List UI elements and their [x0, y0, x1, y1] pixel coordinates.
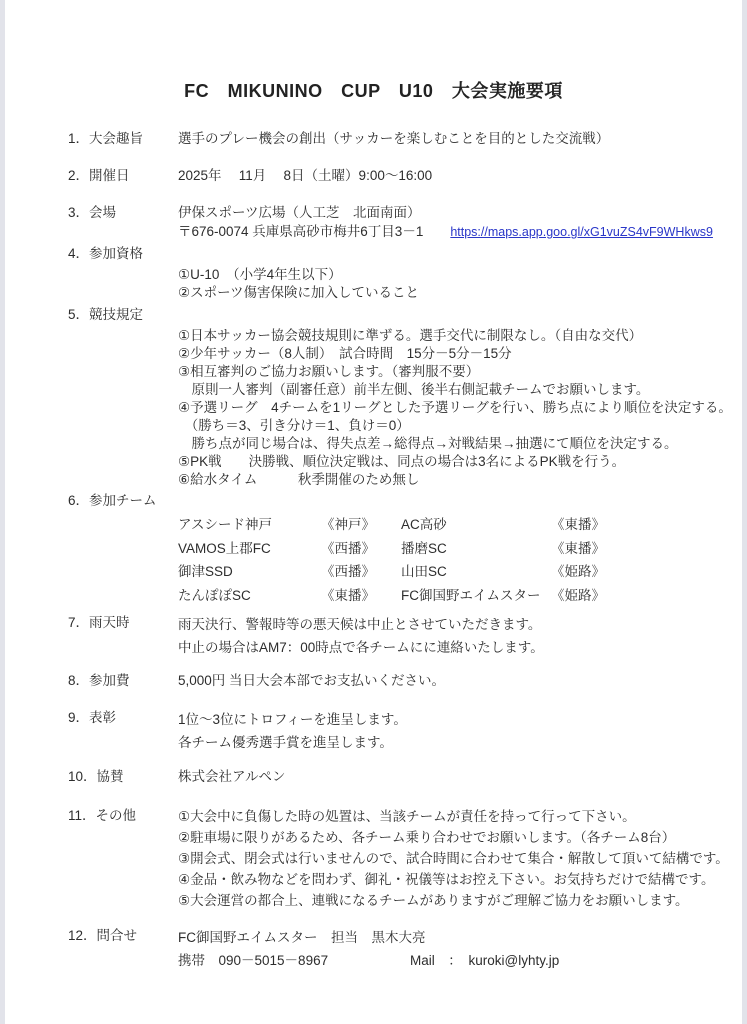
rule-item: 勝ち点が同じ場合は、得失点差→総得点→対戦結果→抽選にて順位を決定する。 — [178, 435, 714, 453]
photo-edge-right — [742, 0, 747, 1024]
contact-person: FC御国野エイムスター 担当 黒木大亮 — [178, 926, 714, 949]
rule-item: ⑤PK戦 決勝戦、順位決定戦は、同点の場合は3名によるPK戦を行う。 — [178, 453, 714, 471]
team-name: AC高砂 — [401, 513, 551, 537]
team-name: 山田SC — [401, 560, 551, 584]
section-rainy-day: 7．雨天時 雨天決行、警報時等の悪天候は中止とさせていただきます。 中止の場合は… — [68, 613, 714, 659]
note-item: ③開会式、閉会式は行いませんので、試合時間に合わせて集合・解散して頂いて結構です… — [178, 848, 714, 869]
note-item: ②駐車場に限りがあるため、各チーム乗り合わせでお願いします。（各チーム8台） — [178, 827, 714, 848]
team-region: 《神戸》 — [321, 513, 401, 537]
section-text-line: 雨天決行、警報時等の悪天候は中止とさせていただきます。 — [178, 613, 714, 636]
team-name: 播磨SC — [401, 537, 551, 561]
team-name: 御津SSD — [178, 560, 321, 584]
team-name: VAMOS上郡FC — [178, 537, 321, 561]
document-photo: FC MIKUNINO CUP U10 大会実施要項 1．大会趣旨 選手のプレー… — [0, 0, 747, 1024]
eligibility-item: ①U-10 （小学4年生以下） — [178, 266, 714, 284]
page-title: FC MIKUNINO CUP U10 大会実施要項 — [5, 77, 742, 103]
venue-address: 〒676-0074 兵庫県高砂市梅井6丁目3－1 — [178, 222, 423, 241]
section-label: 8．参加費 — [68, 671, 178, 690]
team-table: アスシード神戸 《神戸》 AC高砂 《東播》 VAMOS上郡FC 《西播》 播磨… — [178, 513, 714, 607]
contact-email: Mail ： kuroki@lyhty.jp — [410, 949, 559, 972]
section-rules: 5．競技規定 ①日本サッカー協会競技規則に準ずる。選手交代に制限なし。（自由な交… — [68, 305, 714, 489]
rule-item: ⑥給水タイム 秋季開催のため無し — [178, 471, 714, 489]
rule-item: ②少年サッカー（8人制） 試合時間 15分－5分－15分 — [178, 345, 714, 363]
team-region: 《東播》 — [551, 537, 714, 561]
note-item: ④金品・飲み物などを問わず、御礼・祝儀等はお控え下さい。お気持ちだけで結構です。 — [178, 869, 714, 890]
rule-item: 原則一人審判（副審任意）前半左側、後半右側記載チームでお願いします。 — [178, 381, 714, 399]
section-label: 5．競技規定 — [68, 305, 178, 324]
team-name: アスシード神戸 — [178, 513, 321, 537]
team-region: 《姫路》 — [551, 584, 714, 608]
section-text-line: 中止の場合はAM7：00時点で各チームにに連絡いたします。 — [178, 636, 714, 659]
section-label: 7．雨天時 — [68, 613, 178, 632]
section-label: 9．表彰 — [68, 708, 178, 727]
section-label: 3．会場 — [68, 203, 178, 222]
section-eligibility: 4．参加資格 ①U-10 （小学4年生以下） ②スポーツ傷害保険に加入しているこ… — [68, 244, 714, 302]
section-awards: 9．表彰 1位～3位にトロフィーを進呈します。 各チーム優秀選手賞を進呈します。 — [68, 708, 714, 754]
section-label: 1．大会趣旨 — [68, 129, 178, 148]
rule-item: （勝ち＝3、引き分け＝1、負け＝0） — [178, 417, 714, 435]
section-other-notes: 11．その他 ①大会中に負傷した時の処置は、当該チームが責任を持って行って下さい… — [68, 806, 714, 911]
team-region: 《西播》 — [321, 537, 401, 561]
eligibility-item: ②スポーツ傷害保険に加入していること — [178, 284, 714, 302]
note-item: ①大会中に負傷した時の処置は、当該チームが責任を持って行って下さい。 — [178, 806, 714, 827]
team-region: 《姫路》 — [551, 560, 714, 584]
rule-item: ①日本サッカー協会競技規則に準ずる。選手交代に制限なし。（自由な交代） — [178, 327, 714, 345]
section-label: 6．参加チーム — [68, 491, 178, 510]
table-row: VAMOS上郡FC 《西播》 播磨SC 《東播》 — [178, 537, 714, 561]
section-label: 11．その他 — [68, 806, 178, 825]
team-name: FC御国野エイムスター — [401, 584, 551, 608]
rule-item: ④予選リーグ 4チームを1リーグとした予選リーグを行い、勝ち点により順位を決定す… — [178, 399, 714, 417]
table-row: 御津SSD 《西播》 山田SC 《姫路》 — [178, 560, 714, 584]
section-label: 12．問合せ — [68, 926, 178, 945]
section-venue: 3．会場 伊保スポーツ広場（人工芝 北面南面） 〒676-0074 兵庫県高砂市… — [68, 203, 714, 242]
contact-phone: 携帯 090－5015－8967 — [178, 949, 410, 972]
section-sponsor: 10．協賛 株式会社アルペン — [68, 767, 714, 786]
map-link[interactable]: https://maps.app.goo.gl/xG1vuZS4vF9WHkws… — [450, 223, 713, 242]
section-text: 選手のプレー機会の創出（サッカーを楽しむことを目的とした交流戦） — [178, 129, 714, 148]
team-region: 《東播》 — [551, 513, 714, 537]
rule-item: ③相互審判のご協力お願いします。（審判服不要） — [178, 363, 714, 381]
section-label: 4．参加資格 — [68, 244, 178, 263]
table-row: アスシード神戸 《神戸》 AC高砂 《東播》 — [178, 513, 714, 537]
section-tournament-purpose: 1．大会趣旨 選手のプレー機会の創出（サッカーを楽しむことを目的とした交流戦） — [68, 129, 714, 148]
section-date: 2．開催日 2025年 11月 8日（土曜）9:00～16:00 — [68, 166, 714, 185]
table-row: たんぽぽSC 《東播》 FC御国野エイムスター 《姫路》 — [178, 584, 714, 608]
section-text: 株式会社アルペン — [178, 767, 714, 786]
section-entry-fee: 8．参加費 5,000円 当日大会本部でお支払いください。 — [68, 671, 714, 690]
section-label: 2．開催日 — [68, 166, 178, 185]
section-label: 10．協賛 — [68, 767, 178, 786]
section-teams: 6．参加チーム アスシード神戸 《神戸》 AC高砂 《東播》 VAMOS上郡FC… — [68, 491, 714, 607]
section-text: 5,000円 当日大会本部でお支払いください。 — [178, 671, 714, 690]
document-page: FC MIKUNINO CUP U10 大会実施要項 1．大会趣旨 選手のプレー… — [5, 0, 742, 1024]
team-region: 《西播》 — [321, 560, 401, 584]
section-contact: 12．問合せ FC御国野エイムスター 担当 黒木大亮 携帯 090－5015－8… — [68, 926, 714, 972]
note-item: ⑤大会運営の都合上、連戦になるチームがありますがご理解ご協力をお願いします。 — [178, 890, 714, 911]
team-region: 《東播》 — [321, 584, 401, 608]
section-text: 2025年 11月 8日（土曜）9:00～16:00 — [178, 166, 714, 185]
section-text-line: 各チーム優秀選手賞を進呈します。 — [178, 731, 714, 754]
section-text-line: 1位～3位にトロフィーを進呈します。 — [178, 708, 714, 731]
venue-name: 伊保スポーツ広場（人工芝 北面南面） — [178, 203, 714, 222]
team-name: たんぽぽSC — [178, 584, 321, 608]
